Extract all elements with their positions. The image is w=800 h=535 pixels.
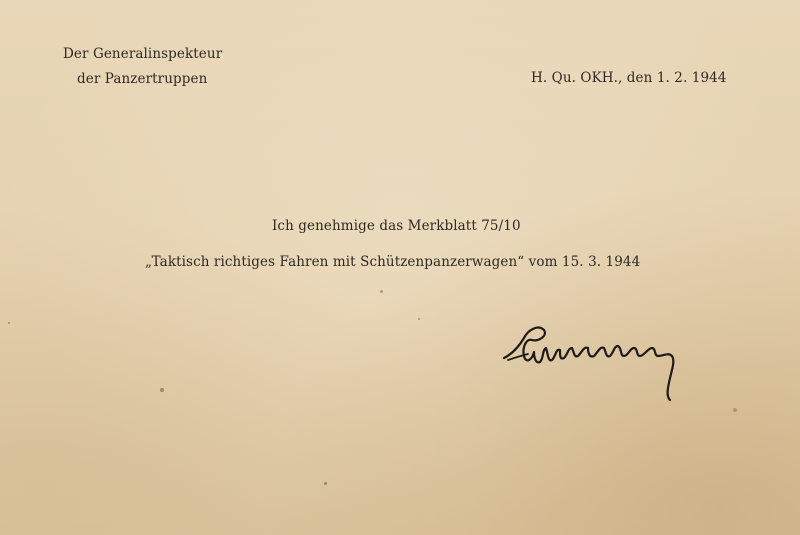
paper-speck	[160, 388, 164, 392]
paper-speck	[324, 482, 327, 485]
sender-line-1: Der Generalinspekteur	[63, 46, 222, 62]
paper-speck	[418, 318, 420, 320]
approval-statement: Ich genehmige das Merkblatt 75/10	[272, 218, 521, 234]
paper-speck	[8, 322, 10, 324]
place-and-date: H. Qu. OKH., den 1. 2. 1944	[531, 70, 727, 86]
signature-icon	[498, 318, 688, 402]
leaflet-title: „Taktisch richtiges Fahren mit Schützenp…	[145, 254, 640, 270]
paper-speck	[733, 408, 737, 412]
paper-speck	[380, 290, 383, 293]
document-page: Der Generalinspekteur der Panzertruppen …	[0, 0, 800, 535]
sender-line-2: der Panzertruppen	[77, 71, 207, 87]
